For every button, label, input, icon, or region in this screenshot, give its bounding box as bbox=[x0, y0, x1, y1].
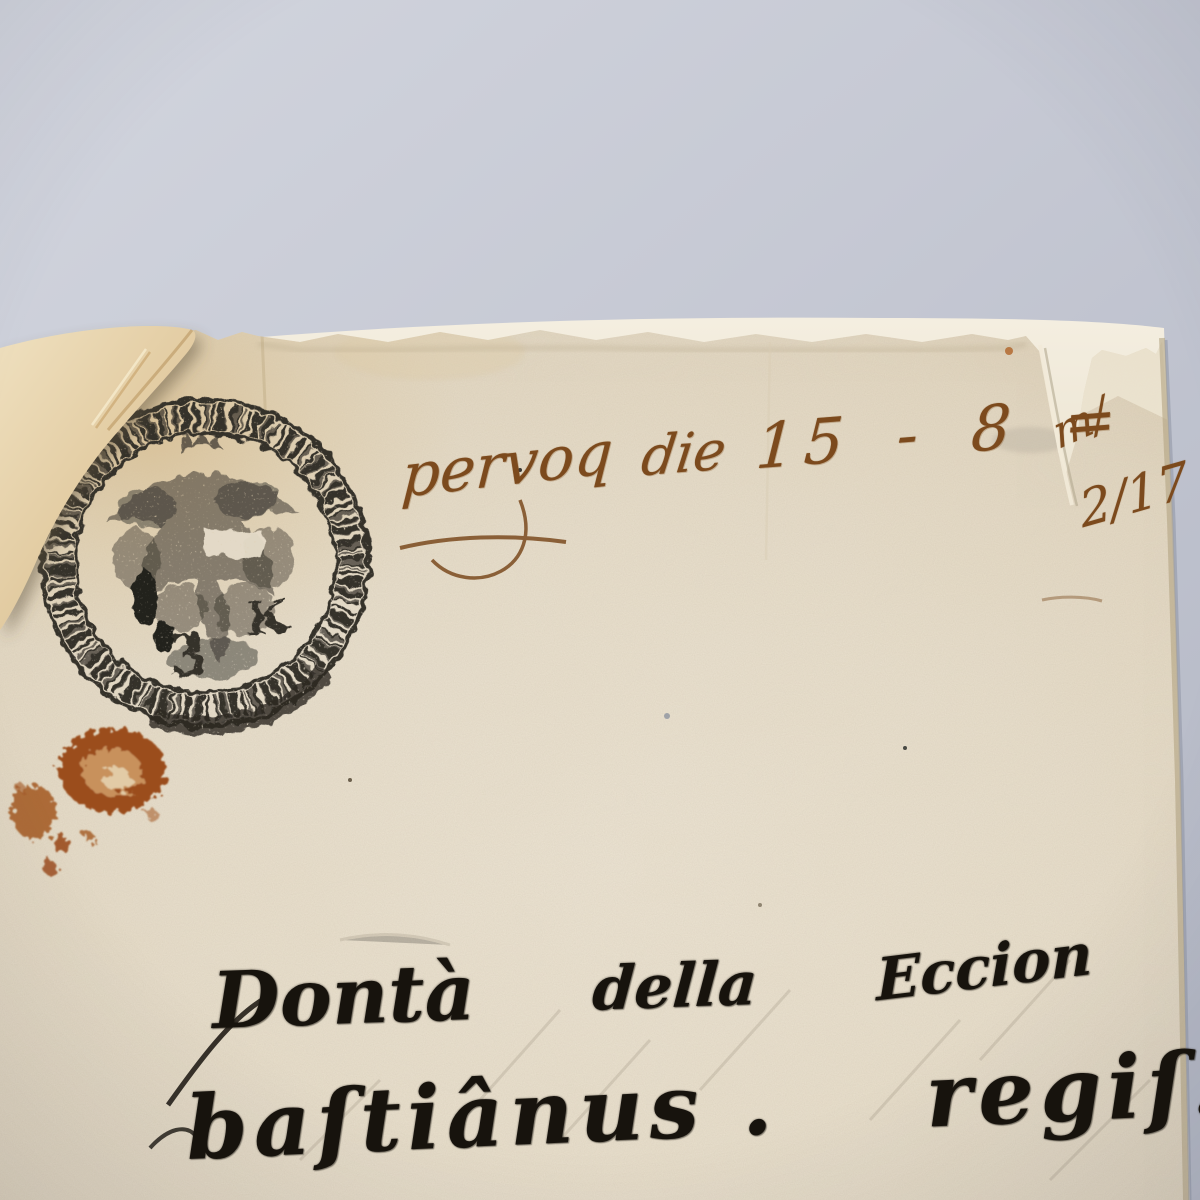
line1-word-2: della bbox=[590, 937, 761, 1034]
date-line-word-2: die bbox=[637, 412, 730, 493]
line1-word-1: Dontà bbox=[210, 947, 476, 1047]
manuscript-photo: 3 K bbox=[0, 0, 1200, 1200]
line2-word-2: regiſ. fo bbox=[923, 1024, 1200, 1147]
line1-word-3: Eccion bbox=[875, 916, 1093, 1034]
